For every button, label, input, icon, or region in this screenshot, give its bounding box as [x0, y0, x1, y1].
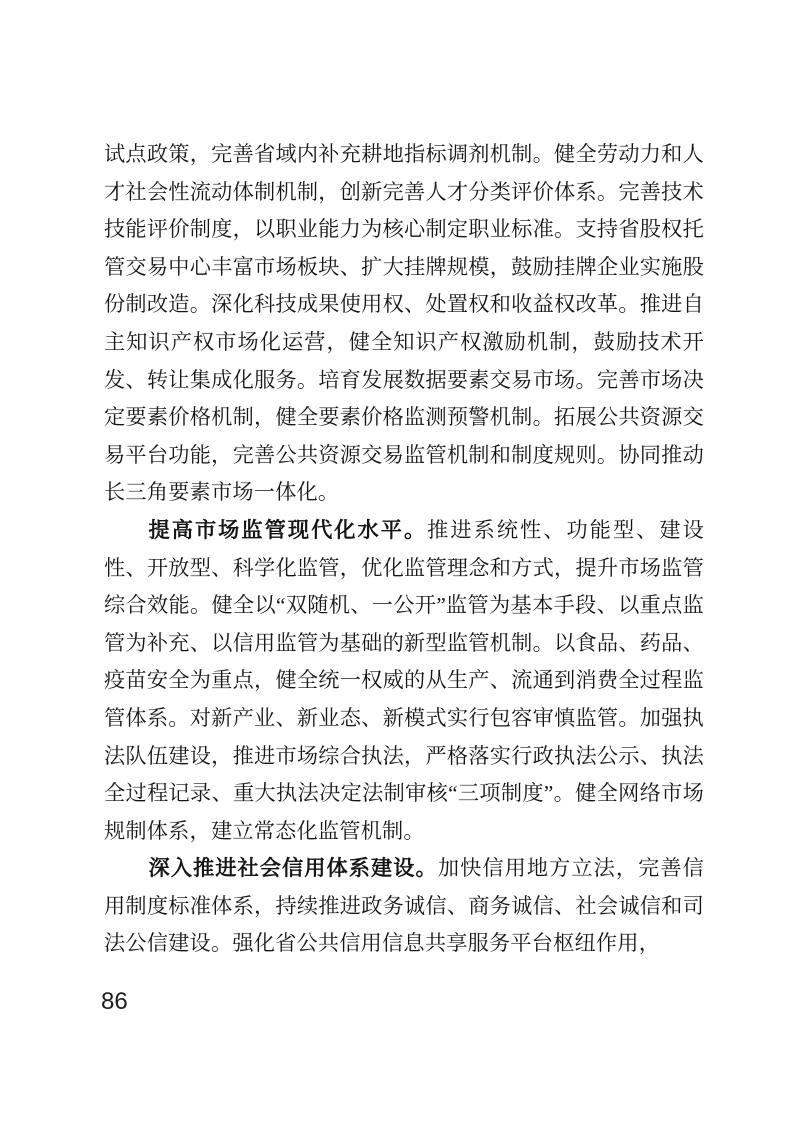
document-page: 试点政策，完善省域内补充耕地指标调剂机制。健全劳动力和人才社会性流动体制机制，创…	[0, 0, 793, 1122]
paragraph-text: 推进系统性、功能型、建设性、开放型、科学化监管，优化监管理念和方式，提升市场监管…	[104, 518, 704, 843]
paragraph-lead-bold: 提高市场监管现代化水平。	[149, 518, 428, 542]
page-number: 86	[101, 988, 128, 1016]
paragraph: 提高市场监管现代化水平。推进系统性、功能型、建设性、开放型、科学化监管，优化监管…	[104, 512, 704, 850]
paragraph-text: 试点政策，完善省域内补充耕地指标调剂机制。健全劳动力和人才社会性流动体制机制，创…	[104, 142, 704, 504]
paragraph: 深入推进社会信用体系建设。加快信用地方立法，完善信用制度标准体系，持续推进政务诚…	[104, 850, 704, 963]
paragraph-lead-bold: 深入推进社会信用体系建设。	[149, 856, 438, 880]
document-body: 试点政策，完善省域内补充耕地指标调剂机制。健全劳动力和人才社会性流动体制机制，创…	[104, 136, 704, 963]
paragraph: 试点政策，完善省域内补充耕地指标调剂机制。健全劳动力和人才社会性流动体制机制，创…	[104, 136, 704, 512]
